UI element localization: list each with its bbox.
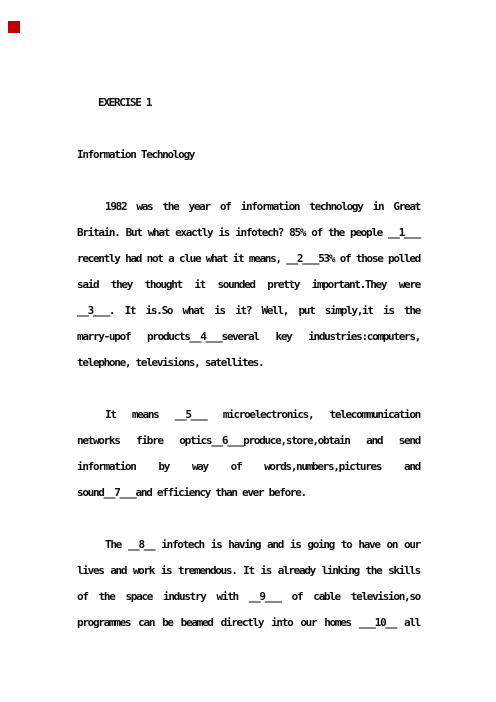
text-line: of the space industry with __9___ of cab…: [77, 584, 420, 610]
paragraph-2: It means __5___ microelectronics, teleco…: [77, 402, 420, 506]
document-page: { "marker": { "color": "#c00000" }, "doc…: [0, 0, 496, 702]
text-line: The __8__ infotech is having and is goin…: [77, 532, 420, 558]
text-line: programmes can be beamed directly into o…: [77, 610, 420, 636]
text-line: networks fibre optics__6___produce,store…: [77, 428, 420, 454]
text-line: lives and work is tremendous. It is alre…: [77, 558, 420, 584]
exercise-heading: EXERCISE 1: [77, 90, 420, 116]
text-line: telephone, televisions, satellites.: [77, 350, 420, 376]
red-corner-marker: [8, 21, 20, 33]
text-line: Britain. But what exactly is infotech? 8…: [77, 220, 420, 246]
text-line: sound__7___and efficiency than ever befo…: [77, 480, 420, 506]
document-body: EXERCISE 1 Information Technology 1982 w…: [77, 90, 420, 636]
text-line: said they thought it sounded pretty impo…: [77, 272, 420, 298]
text-line: recently had not a clue what it means, _…: [77, 246, 420, 272]
text-line: __3___. It is.So what is it? Well, put s…: [77, 298, 420, 324]
article-title-block: Information Technology: [77, 142, 420, 168]
text-line: information by way of words,numbers,pict…: [77, 454, 420, 480]
text-line: marry-upof products__4___several key ind…: [77, 324, 420, 350]
text-line: 1982 was the year of information technol…: [77, 194, 420, 220]
paragraph-3: The __8__ infotech is having and is goin…: [77, 532, 420, 636]
paragraph-1: 1982 was the year of information technol…: [77, 194, 420, 376]
exercise-heading-block: EXERCISE 1: [77, 90, 420, 116]
text-line: It means __5___ microelectronics, teleco…: [77, 402, 420, 428]
article-title: Information Technology: [77, 142, 420, 168]
